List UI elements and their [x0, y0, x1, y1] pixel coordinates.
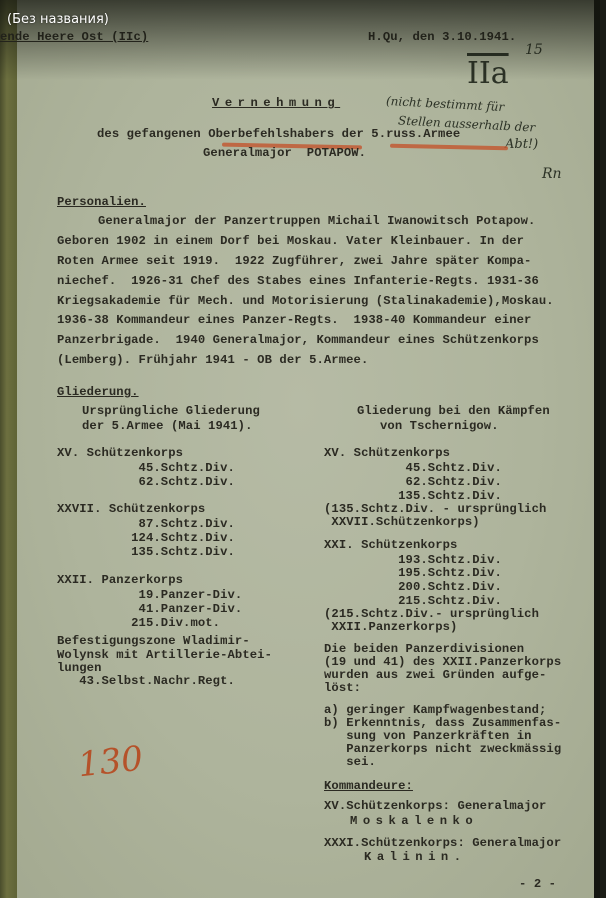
personalien-line: Kriegsakademie für Mech. und Motorisieru… [57, 294, 554, 309]
order-line: 45.Schtz.Div. [57, 461, 235, 476]
viewer-title: (Без названия) [7, 12, 109, 27]
personalien-line: Panzerbrigade. 1940 Generalmajor, Komman… [57, 333, 539, 348]
document-title: Vernehmung [212, 96, 340, 111]
order-line: XXII.Panzerkorps) [324, 620, 457, 635]
order-line: 124.Schtz.Div. [57, 531, 235, 546]
note-line: sei. [324, 755, 376, 770]
handwritten-page-number: 15 [525, 42, 543, 58]
handwritten-note-line3: Abt!) [505, 137, 538, 152]
order-line: 135.Schtz.Div. [57, 545, 235, 560]
commander-unit: XXXI.Schützenkorps: Generalmajor [324, 836, 561, 851]
personalien-line: niechef. 1926-31 Chef des Stabes eines I… [57, 274, 539, 289]
order-line: 62.Schtz.Div. [57, 475, 235, 490]
document-subtitle-line2: Generalmajor POTAPOW. [203, 146, 366, 161]
binding-strip [0, 0, 17, 898]
order-line: XV. Schützenkorps [324, 446, 450, 461]
order-line: 62.Schtz.Div. [324, 475, 502, 490]
note-line: löst: [324, 681, 361, 696]
order-line: 195.Schtz.Div. [324, 566, 502, 581]
handwritten-section-mark: IIa [467, 56, 509, 91]
order-line: XXVII.Schützenkorps) [324, 515, 480, 530]
commander-name: Moskalenko [350, 814, 478, 829]
order-line: XXII. Panzerkorps [57, 573, 183, 588]
document-subtitle-line1: des gefangenen Oberbefehlshabers der 5.r… [97, 127, 460, 142]
section-heading-personalien: Personalien. [57, 195, 146, 210]
order-line: XXVII. Schützenkorps [57, 502, 205, 517]
personalien-line: Roten Armee seit 1919. 1922 Zugführer, z… [57, 254, 531, 269]
personalien-line: Geboren 1902 in einem Dorf bei Moskau. V… [57, 234, 524, 249]
order-line: XV. Schützenkorps [57, 446, 183, 461]
section-heading-gliederung: Gliederung. [57, 385, 139, 400]
order-line: 41.Panzer-Div. [57, 602, 242, 617]
page-footer: - 2 - [519, 877, 556, 892]
red-pencil-underline-2 [390, 144, 508, 150]
section-heading-kommandeure: Kommandeure: [324, 779, 413, 794]
header-date: H.Qu, den 3.10.1941. [368, 30, 516, 45]
left-column-title-line1: Ursprüngliche Gliederung [82, 404, 260, 419]
handwritten-initials: Rn [542, 166, 562, 182]
right-column-title-line1: Gliederung bei den Kämpfen [357, 404, 550, 419]
order-line: 19.Panzer-Div. [57, 588, 242, 603]
page-edge [594, 0, 600, 898]
order-line: 200.Schtz.Div. [324, 580, 502, 595]
header-department: ende Heere Ost (IIc) [0, 30, 148, 45]
order-line: 87.Schtz.Div. [57, 517, 235, 532]
order-line: 45.Schtz.Div. [324, 461, 502, 476]
commander-unit: XV.Schützenkorps: Generalmajor [324, 799, 546, 814]
order-line: 215.Div.mot. [57, 616, 220, 631]
personalien-line: (Lemberg). Frühjahr 1941 - OB der 5.Arme… [57, 353, 368, 368]
order-line: 43.Selbst.Nachr.Regt. [57, 674, 235, 689]
order-line: XXI. Schützenkorps [324, 538, 457, 553]
personalien-line: Generalmajor der Panzertruppen Michail I… [98, 214, 535, 229]
document-page: ende Heere Ost (IIc) H.Qu, den 3.10.1941… [0, 0, 600, 898]
right-column-title-line2: von Tschernigow. [380, 419, 499, 434]
left-column-title-line2: der 5.Armee (Mai 1941). [82, 419, 253, 434]
commander-name: Kalinin. [364, 850, 467, 865]
archive-number-red: 130 [76, 739, 145, 786]
personalien-line: 1936-38 Kommandeur eines Panzer-Regts. 1… [57, 313, 531, 328]
order-line: Befestigungszone Wladimir- [57, 634, 250, 649]
document-viewer: ende Heere Ost (IIc) H.Qu, den 3.10.1941… [0, 0, 606, 898]
handwritten-note-line1: (nicht bestimmt für [386, 94, 505, 114]
